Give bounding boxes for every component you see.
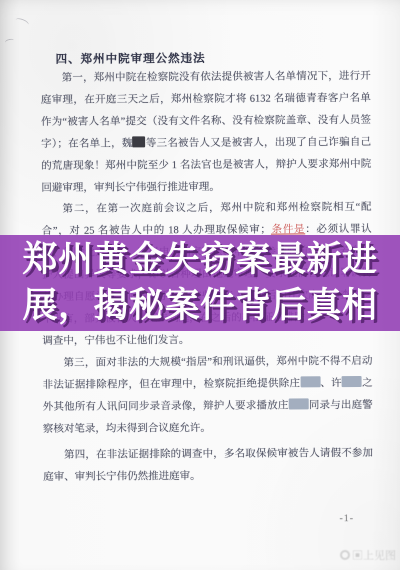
paragraph-1: 第一，郑州中院在检察院没有依法提供被害人名单情况下，进行开庭审理，在开庭三天之后… [41, 66, 372, 200]
highlighted-term: 条件是 [271, 224, 305, 235]
redacted-name-box [342, 376, 362, 387]
watermark-text: ▣上见图 [352, 547, 396, 563]
paragraph-3-text: 、许 [320, 378, 342, 389]
paragraph-4: 第四，在非法证据排除的调查中，多名取保候审被告人请假不参加庭审、审判长宁伟仍然推… [43, 443, 373, 489]
watermark-icon [340, 550, 350, 560]
redacted-name-box [289, 398, 309, 409]
page-number: -1- [339, 508, 354, 530]
paragraph-3: 第三，面对非法的大规模“指居”和刑讯逼供，郑州中院不得不启动非法证据排除程序，但… [42, 351, 373, 441]
watermark: ▣上见图 [340, 547, 396, 563]
headline-banner-overlay: 郑州黄金失窃案最新进 展，揭秘案件背后真相 [0, 235, 400, 331]
banner-title-line2: 展，揭秘案件背后真相 [0, 283, 400, 329]
paragraph-2-tail: 调查中，宁伟也不让他们发言。 [42, 329, 372, 353]
redacted-name-box [300, 376, 320, 387]
banner-title-line1: 郑州黄金失窃案最新进 [0, 237, 400, 283]
redacted-name-box [133, 136, 146, 147]
